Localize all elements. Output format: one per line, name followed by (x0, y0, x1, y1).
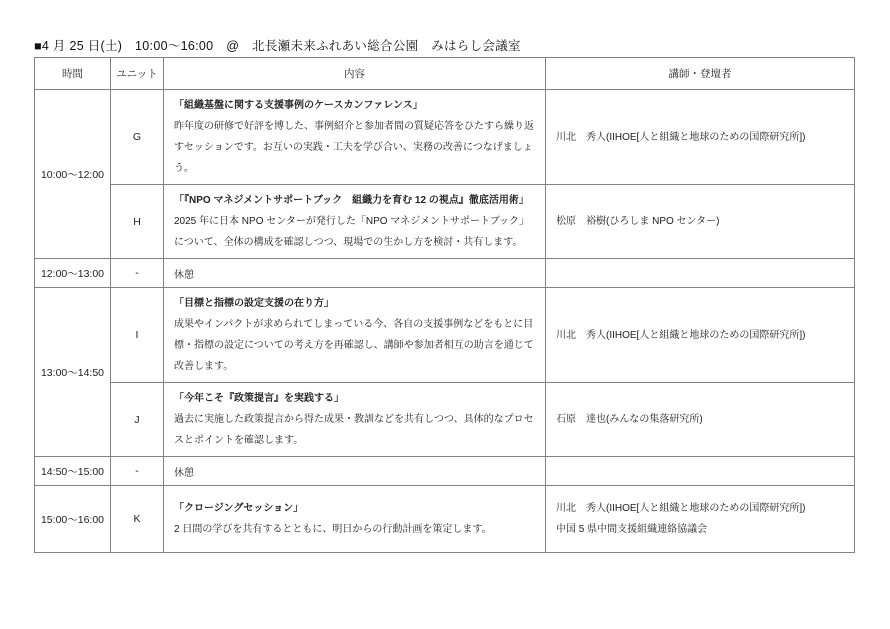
speaker-cell-j: 石原 達也(みんなの集落研究所) (546, 383, 855, 457)
session-row-j: J 「今年こそ『政策提言』を実践する」 過去に実施した政策提言から得た成果・教訓… (35, 383, 855, 457)
speaker-cell-g: 川北 秀人(IIHOE[人と組織と地球のための国際研究所]) (546, 90, 855, 185)
session-row-h: H 「『NPO マネジメントサポートブック 組織力を育む 12 の視点』徹底活用… (35, 185, 855, 259)
col-header-content: 内容 (164, 58, 546, 90)
speaker-cell-h: 松原 裕樹(ひろしま NPO センター) (546, 185, 855, 259)
session-title-h: 「『NPO マネジメントサポートブック 組織力を育む 12 の視点』徹底活用術」 (174, 190, 535, 211)
content-cell-h: 「『NPO マネジメントサポートブック 組織力を育む 12 の視点』徹底活用術」… (164, 185, 546, 259)
speaker-line-2: 中国 5 県中間支援組織連絡協議会 (556, 519, 844, 540)
unit-cell-k: K (111, 486, 164, 553)
col-header-time: 時間 (35, 58, 111, 90)
session-desc-g: 昨年度の研修で好評を博した、事例紹介と参加者間の質疑応答をひたすら繰り返すセッシ… (174, 116, 535, 179)
time-cell-block1: 10:00～12:00 (35, 90, 111, 259)
speaker-cell-k: 川北 秀人(IIHOE[人と組織と地球のための国際研究所]) 中国 5 県中間支… (546, 486, 855, 553)
col-header-unit: ユニット (111, 58, 164, 90)
session-row-i: 13:00～14:50 I 「目標と指標の設定支援の在り方」 成果やインパクトが… (35, 288, 855, 383)
session-title-g: 「組織基盤に関する支援事例のケースカンファレンス」 (174, 95, 535, 116)
session-desc-k: 2 日間の学びを共有するとともに、明日からの行動計画を策定します。 (174, 519, 535, 540)
speaker-cell-i: 川北 秀人(IIHOE[人と組織と地球のための国際研究所]) (546, 288, 855, 383)
unit-cell-g: G (111, 90, 164, 185)
unit-cell-i: I (111, 288, 164, 383)
unit-cell-break1: - (111, 259, 164, 288)
unit-cell-j: J (111, 383, 164, 457)
header-row: 時間 ユニット 内容 講師・登壇者 (35, 58, 855, 90)
session-title-j: 「今年こそ『政策提言』を実践する」 (174, 388, 535, 409)
session-title-i: 「目標と指標の設定支援の在り方」 (174, 293, 535, 314)
time-cell-break1: 12:00～13:00 (35, 259, 111, 288)
content-cell-g: 「組織基盤に関する支援事例のケースカンファレンス」 昨年度の研修で好評を博した、… (164, 90, 546, 185)
unit-cell-break2: - (111, 457, 164, 486)
speaker-cell-break2 (546, 457, 855, 486)
session-desc-i: 成果やインパクトが求められてしまっている今、各自の支援事例などをもとに目標・指標… (174, 314, 535, 377)
break-label-1: 休憩 (164, 259, 546, 288)
time-cell-block2: 13:00～14:50 (35, 288, 111, 457)
time-cell-closing: 15:00～16:00 (35, 486, 111, 553)
col-header-speakers: 講師・登壇者 (546, 58, 855, 90)
session-desc-j: 過去に実施した政策提言から得た成果・教訓などを共有しつつ、具体的なプロセスとポイ… (174, 409, 535, 451)
session-row-k: 15:00～16:00 K 「クロージングセッション」 2 日間の学びを共有する… (35, 486, 855, 553)
unit-cell-h: H (111, 185, 164, 259)
break-row-2: 14:50～15:00 - 休憩 (35, 457, 855, 486)
schedule-table: 時間 ユニット 内容 講師・登壇者 10:00～12:00 G 「組織基盤に関す… (34, 57, 855, 553)
session-row-g: 10:00～12:00 G 「組織基盤に関する支援事例のケースカンファレンス」 … (35, 90, 855, 185)
speaker-cell-break1 (546, 259, 855, 288)
content-cell-j: 「今年こそ『政策提言』を実践する」 過去に実施した政策提言から得た成果・教訓など… (164, 383, 546, 457)
session-title-k: 「クロージングセッション」 (174, 498, 535, 519)
break-label-2: 休憩 (164, 457, 546, 486)
session-desc-h: 2025 年に日本 NPO センターが発行した「NPO マネジメントサポートブッ… (174, 211, 535, 253)
document-title: ■4 月 25 日(土) 10:00～16:00 @ 北長瀬未来ふれあい総合公園… (34, 36, 521, 54)
content-cell-i: 「目標と指標の設定支援の在り方」 成果やインパクトが求められてしまっている今、各… (164, 288, 546, 383)
time-cell-break2: 14:50～15:00 (35, 457, 111, 486)
speaker-line-1: 川北 秀人(IIHOE[人と組織と地球のための国際研究所]) (556, 498, 844, 519)
break-row-1: 12:00～13:00 - 休憩 (35, 259, 855, 288)
content-cell-k: 「クロージングセッション」 2 日間の学びを共有するとともに、明日からの行動計画… (164, 486, 546, 553)
